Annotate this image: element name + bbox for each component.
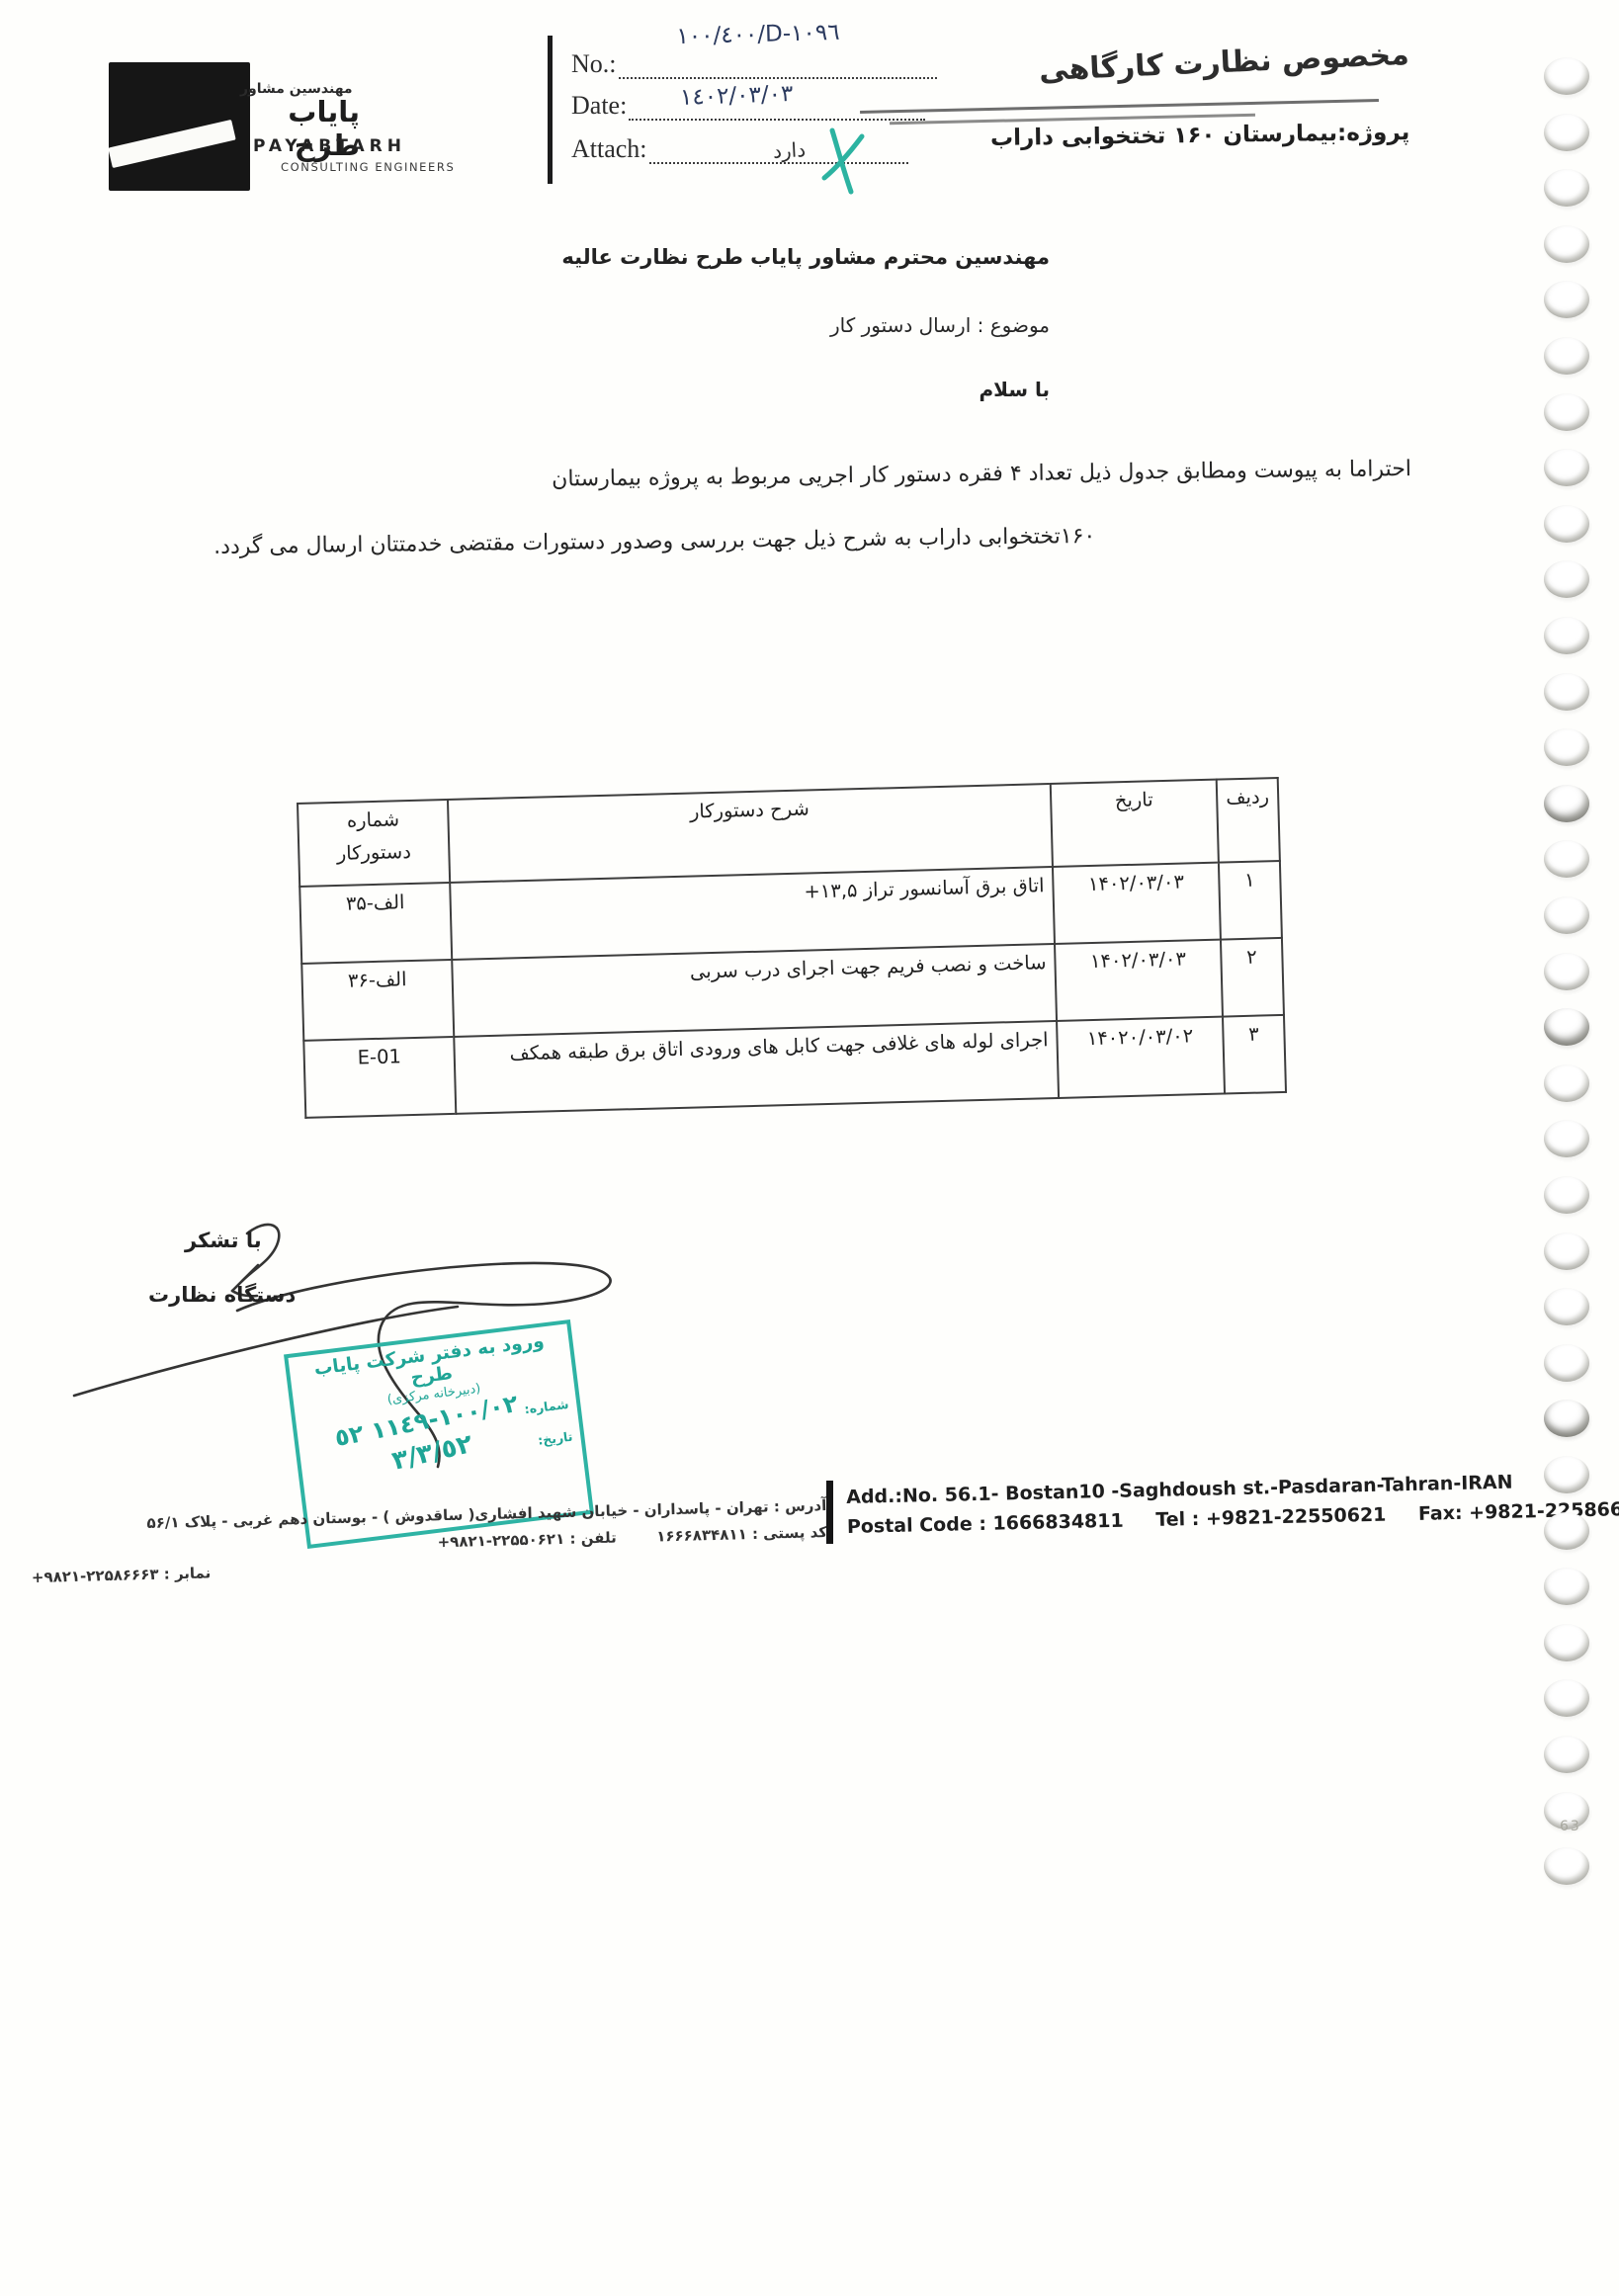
body-paragraph-line-2: ۱۶۰تختخوابی داراب به شرح ذیل جهت بررسی و… — [213, 524, 1095, 559]
ref-number-handwritten: ١٠٠/٤٠٠/D-١٠٩٦ — [605, 18, 912, 51]
binding-hole — [1544, 1288, 1589, 1325]
binding-hole — [1544, 1400, 1589, 1437]
no-label: No.: — [571, 49, 617, 79]
binding-hole — [1544, 953, 1589, 990]
binding-hole — [1544, 1064, 1589, 1102]
header-description: شرح دستورکار — [448, 784, 1053, 883]
date-label: Date: — [571, 91, 627, 121]
header-row-number: ردیف — [1217, 778, 1280, 863]
binding-hole — [1544, 840, 1589, 878]
ref-no-row: No.: — [571, 49, 937, 79]
footer-fa-tel-value: +۹۸۲۱-۲۲۵۵۰۶۲۱ — [437, 1530, 564, 1551]
header-order-number: شماره دستورکار — [298, 800, 450, 887]
recipient-line: مهندسین محترم مشاور پایاب طرح نظارت عالی… — [561, 245, 1050, 269]
footer-divider-bar — [826, 1481, 833, 1544]
attach-label: Attach: — [571, 134, 647, 164]
order-number-cell: الف-۳۶ — [301, 960, 454, 1041]
binding-hole — [1544, 1233, 1589, 1270]
footer-persian-address: آدرس : تهران - پاسداران - خیابان شهید اف… — [30, 1496, 828, 1586]
binding-hole — [1544, 393, 1589, 431]
header-date: تاریخ — [1051, 780, 1219, 867]
workshop-supervision-title: مخصوص نظارت کارگاهی — [1039, 38, 1410, 88]
footer-en-tel: Tel : +9821-22550621 — [1155, 1504, 1387, 1531]
binding-hole — [1544, 505, 1589, 543]
binding-hole — [1544, 169, 1589, 207]
footer-en-fax: Fax: +9821-22586663 — [1418, 1498, 1619, 1525]
binding-hole — [1544, 1456, 1589, 1493]
binding-hole — [1544, 449, 1589, 486]
work-orders-table: ردیف تاریخ شرح دستورکار شماره دستورکار ۱… — [297, 777, 1287, 1119]
stamp-number-label: شماره: — [524, 1396, 569, 1415]
no-dotted-leader — [619, 53, 937, 79]
description-cell: اجرای لوله های غلافی جهت کابل های ورودی … — [454, 1021, 1059, 1114]
attach-value-handwritten: دارد — [772, 137, 806, 163]
footer-en-postal: Postal Code : 1666834811 — [847, 1510, 1124, 1538]
binding-hole — [1544, 896, 1589, 934]
binding-hole — [1544, 728, 1589, 766]
binding-hole — [1544, 1568, 1589, 1605]
order-number-cell: الف-۳۵ — [299, 883, 452, 964]
binding-hole — [1544, 1176, 1589, 1214]
work-orders-table-wrap: ردیف تاریخ شرح دستورکار شماره دستورکار ۱… — [297, 777, 1287, 1119]
binding-hole — [1544, 337, 1589, 375]
binding-hole — [1544, 114, 1589, 151]
binding-hole — [1544, 560, 1589, 598]
stamp-date-label: تاریخ: — [537, 1428, 573, 1447]
teal-x-check-icon — [818, 127, 874, 198]
binding-hole — [1544, 1679, 1589, 1717]
footer-fa-tel-label: تلفن : — [569, 1529, 617, 1548]
order-number-cell: E-01 — [303, 1037, 456, 1118]
company-name-en: PAYABTARH — [253, 136, 406, 156]
row-number-cell: ۲ — [1221, 938, 1284, 1017]
body-paragraph-line-1: احتراما به پیوست ومطابق جدول ذیل تعداد ۴… — [552, 457, 1411, 492]
faint-page-number: 63 — [1560, 1819, 1581, 1834]
binding-hole — [1544, 1008, 1589, 1046]
footer-fa-fax-value: +۹۸۲۱-۲۲۵۸۶۶۶۳ — [32, 1566, 159, 1586]
salutation-line: با سلام — [980, 378, 1051, 401]
binding-hole — [1544, 1344, 1589, 1382]
binding-hole — [1544, 1512, 1589, 1550]
footer-fa-postal: کد پستی : ۱۶۶۶۸۳۴۸۱۱ — [656, 1523, 827, 1546]
binding-hole — [1544, 785, 1589, 822]
date-cell: ۱۴۰۲/۰۳/۰۳ — [1053, 863, 1221, 944]
footer-fa-fax-label: نمابر : — [163, 1564, 211, 1582]
row-number-cell: ۱ — [1219, 861, 1282, 940]
title-underline — [860, 99, 1379, 113]
binding-hole — [1544, 57, 1589, 95]
date-cell: ۱۴۰۲/۰۳/۰۳ — [1055, 940, 1223, 1021]
subject-line: موضوع : ارسال دستور کار — [830, 313, 1050, 337]
row-number-cell: ۳ — [1223, 1015, 1286, 1094]
binding-hole — [1544, 1847, 1589, 1885]
logo-diagonal-stripe — [108, 120, 235, 168]
binding-hole — [1544, 673, 1589, 711]
date-value-handwritten: ١٤٠٢/٠٣/٠٣ — [680, 81, 794, 111]
letterhead-divider — [548, 36, 553, 184]
binding-hole — [1544, 1120, 1589, 1157]
scanned-letter-page: مهندسین مشاور پایاب طرح PAYABTARH CONSUL… — [0, 0, 1619, 2296]
binding-hole — [1544, 1624, 1589, 1661]
company-subtitle-en: CONSULTING ENGINEERS — [281, 160, 455, 174]
project-name: پروژه:بیمارستان ۱۶۰ تختخوابی داراب — [990, 120, 1410, 151]
binding-hole — [1544, 617, 1589, 654]
binding-hole — [1544, 225, 1589, 263]
footer-english-address: Add.:No. 56.1- Bostan10 -Saghdoush st.-P… — [846, 1470, 1569, 1538]
date-cell: ۱۴۰۲۰/۰۳/۰۲ — [1057, 1017, 1225, 1098]
binding-hole — [1544, 281, 1589, 318]
company-logo — [109, 62, 250, 191]
binding-hole — [1544, 1736, 1589, 1773]
